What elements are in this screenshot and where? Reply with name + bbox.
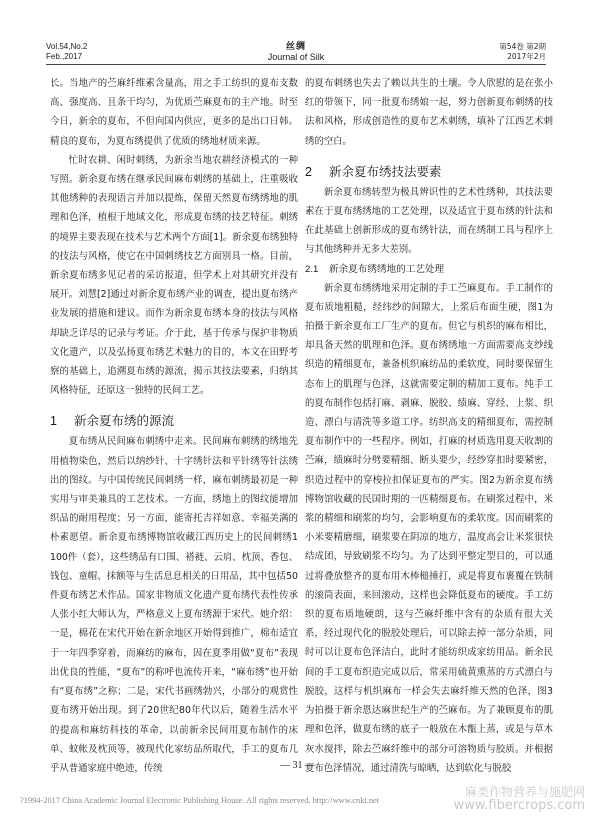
right-column: 的夏布刺绣也失去了赖以共生的土壤。令人欣慰的是在张小红的带领下，同一批夏布绣娘一… bbox=[305, 74, 553, 778]
section-number: 2 bbox=[305, 161, 329, 183]
paragraph: 的夏布刺绣也失去了赖以共生的土壤。令人欣慰的是在张小红的带领下，同一批夏布绣娘一… bbox=[305, 74, 553, 151]
journal-masthead: 丝绸 Journal of Silk bbox=[46, 42, 546, 62]
journal-title-cn: 丝绸 bbox=[46, 42, 546, 52]
subsection-number: 2.1 bbox=[305, 260, 329, 279]
volume-number-cn: 第54卷 第2期 bbox=[499, 42, 546, 52]
volume-info-cn: 第54卷 第2期 2017年2月 bbox=[499, 42, 546, 62]
running-header: Vol.54,No.2 Feb.,2017 丝绸 Journal of Silk… bbox=[46, 42, 546, 65]
copyright-footer: ?1994-2017 China Academic Journal Electr… bbox=[20, 796, 379, 805]
journal-page: Vol.54,No.2 Feb.,2017 丝绸 Journal of Silk… bbox=[0, 0, 595, 825]
journal-title-en: Journal of Silk bbox=[46, 52, 546, 62]
watermark: 麻类作物营养与施肥网 www.fibercrops.com bbox=[454, 786, 585, 812]
paragraph: 新余夏布绣转型为极具辨识性的艺术性绣种，其技法要素在于夏布绣绣地的工艺处理，以及… bbox=[305, 183, 553, 260]
section-heading-1: 1新余夏布绣的源流 bbox=[50, 410, 298, 432]
section-heading-2: 2新余夏布绣技法要素 bbox=[305, 161, 553, 183]
left-column: 长。当地产的苎麻纤维素含量高，用之手工纺织的夏布支数高、强度高、且条干均匀，为优… bbox=[50, 74, 298, 778]
section-number: 1 bbox=[50, 410, 74, 432]
paragraph: 夏布绣从民间麻布刺绣中走来。民间麻布刺绣的绣地先用植物染色，然后以纳纱针、十字绣… bbox=[50, 432, 298, 778]
section-title: 新余夏布绣技法要素 bbox=[329, 164, 442, 179]
paragraph: 新余夏布绣绣地采用定制的手工苎麻夏布。手工制作的夏布质地粗糙，经纬纱的间隙大，上… bbox=[305, 279, 553, 778]
issue-date-cn: 2017年2月 bbox=[499, 52, 546, 62]
paragraph: 忙时农耕、闲时刺绣，为新余当地农耕经济模式的一种写照。新余夏布绣在继承民间麻布刺… bbox=[50, 151, 298, 401]
watermark-en: www.fibercrops.com bbox=[454, 799, 585, 812]
subsection-heading-2-1: 2.1新余夏布绣绣地的工艺处理 bbox=[305, 260, 553, 279]
subsection-title: 新余夏布绣绣地的工艺处理 bbox=[329, 264, 444, 275]
section-title: 新余夏布绣的源流 bbox=[74, 413, 174, 428]
page-number: — 31 — bbox=[0, 760, 595, 771]
paragraph: 长。当地产的苎麻纤维素含量高，用之手工纺织的夏布支数高、强度高、且条干均匀，为优… bbox=[50, 74, 298, 151]
